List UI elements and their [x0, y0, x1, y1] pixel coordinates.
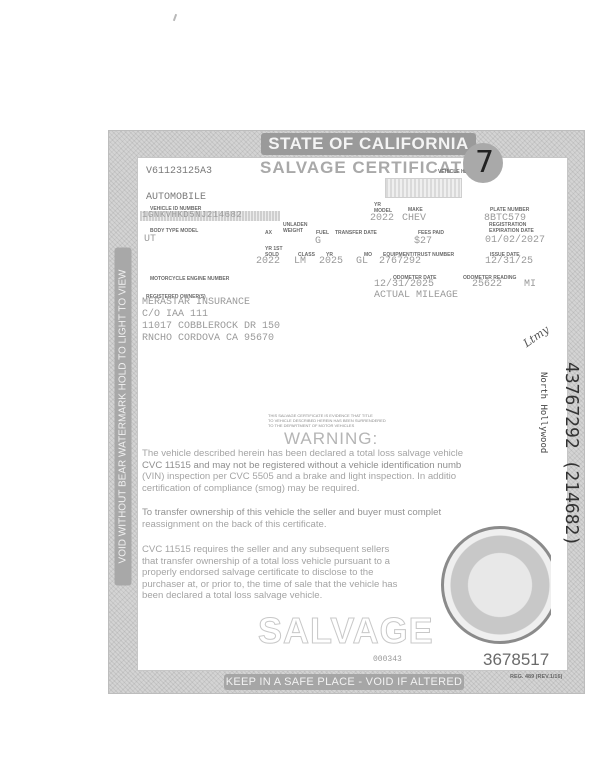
warning-preamble: THIS SALVAGE CERTIFICATE IS EVIDENCE THA… [268, 413, 386, 428]
yr-value: 2025 [319, 256, 343, 267]
make-value: CHEV [402, 213, 426, 224]
handwritten-number: 43767292 (214682) [561, 362, 582, 546]
vehicle-type: AUTOMOBILE [146, 192, 206, 203]
class-value: LM [294, 256, 306, 267]
owner-line-4: RNCHO CORDOVA CA 95670 [142, 333, 274, 344]
document-code: V61123125A3 [146, 166, 212, 177]
odometer-date-value: 12/31/2025 [374, 279, 434, 290]
yr-model-value: 2022 [370, 213, 394, 224]
state-banner: STATE OF CALIFORNIA [261, 133, 476, 155]
control-number: 3678517 [483, 650, 549, 670]
body-type-label: BODY TYPE MODEL [150, 228, 198, 234]
stamp-circle: 7 [463, 143, 503, 183]
motorcycle-engine-label: MOTORCYCLE ENGINE NUMBER [150, 276, 229, 282]
body-type-value: UT [144, 234, 156, 245]
document-number: 000343 [373, 655, 402, 664]
fuel-value: G [315, 236, 321, 247]
bottom-banner: KEEP IN A SAFE PLACE - VOID IF ALTERED [224, 674, 464, 690]
issue-date-value: 12/31/25 [485, 256, 533, 267]
fees-paid-value: $27 [414, 236, 432, 247]
transfer-date-label: TRANSFER DATE [335, 230, 377, 236]
unladen-weight-label: UNLADEN WEIGHT [283, 222, 311, 234]
owner-line-3: 11017 COBBLEROCK DR 150 [142, 321, 280, 332]
certificate-body: SALVAGE CERTIFICATE V61123125A3 VEHICLE … [137, 157, 568, 671]
vin-value: 1GNKVHKD5NJ214682 [142, 210, 242, 220]
salvage-certificate: STATE OF CALIFORNIA VOID WITHOUT BEAR WA… [108, 130, 585, 694]
reg-expiration-label: REGISTRATION EXPIRATION DATE [489, 222, 549, 234]
equipment-number-value: 2767292 [379, 256, 421, 267]
warning-paragraph-2: To transfer ownership of this vehicle th… [142, 507, 441, 530]
form-code: REG. 489 (REV.1/16) [510, 674, 562, 680]
ax-label: AX [265, 230, 272, 236]
handwritten-location: North Hollywood [538, 372, 548, 453]
owner-line-1: MERASTAR INSURANCE [142, 297, 250, 308]
stamp-number: 7 [475, 145, 494, 180]
great-seal-of-california [441, 526, 551, 646]
odometer-unit: MI [524, 279, 536, 290]
warning-heading: WARNING: [284, 429, 378, 449]
warning-paragraph-3: CVC 11515 requires the seller and any su… [142, 544, 397, 602]
vehicle-history-box [385, 178, 462, 198]
reg-expiration-value: 01/02/2027 [485, 235, 545, 246]
scan-artifact [173, 14, 177, 21]
certificate-title: SALVAGE CERTIFICATE [260, 158, 475, 178]
owner-line-2: C/O IAA 111 [142, 309, 208, 320]
salvage-watermark: SALVAGE [258, 610, 434, 652]
yr-sold-value: 2022 [256, 256, 280, 267]
warning-paragraph-1: The vehicle described herein has been de… [142, 448, 463, 494]
odometer-reading-value: 25622 [472, 279, 502, 290]
mo-value: GL [356, 256, 368, 267]
mileage-status: ACTUAL MILEAGE [374, 290, 458, 301]
